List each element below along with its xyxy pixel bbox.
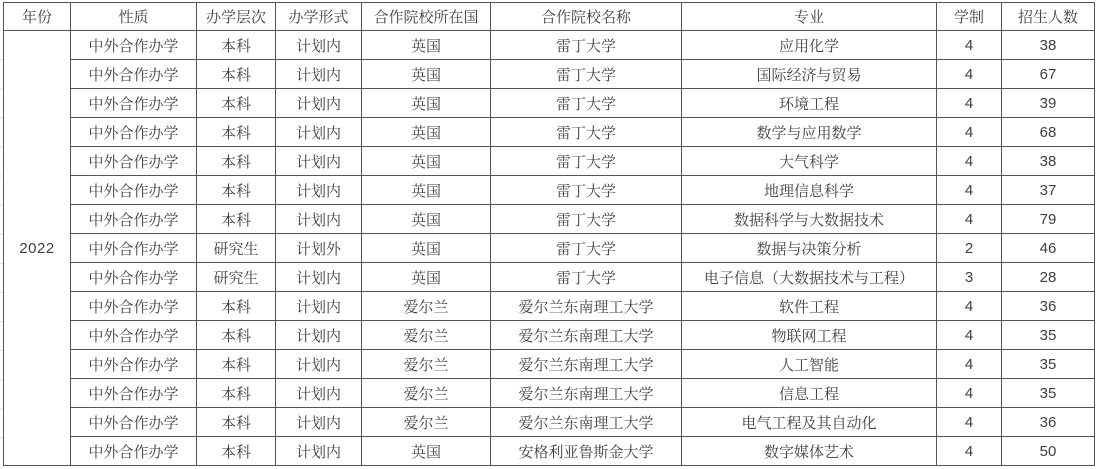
cell-major: 国际经济与贸易 [682, 60, 937, 89]
cell-major: 数据与决策分析 [682, 234, 937, 263]
cell-country: 英国 [362, 31, 491, 60]
cell-enrollment: 39 [1002, 89, 1095, 118]
column-header: 合作院校所在国 [362, 3, 491, 31]
column-header: 专业 [682, 3, 937, 31]
cell-level: 研究生 [197, 234, 276, 263]
column-header: 性质 [71, 3, 197, 31]
cell-nature: 中外合作办学 [71, 292, 197, 321]
table-row: 中外合作办学 本科 计划内 爱尔兰 爱尔兰东南理工大学 物联网工程 4 35 [4, 321, 1095, 350]
cell-major: 人工智能 [682, 350, 937, 379]
cell-level: 本科 [197, 118, 276, 147]
cell-nature: 中外合作办学 [71, 408, 197, 437]
cell-duration: 4 [937, 437, 1002, 466]
cell-institution: 雷丁大学 [491, 147, 682, 176]
cell-level: 本科 [197, 147, 276, 176]
table-row: 中外合作办学 本科 计划内 英国 雷丁大学 大气科学 4 38 [4, 147, 1095, 176]
cell-form: 计划内 [276, 118, 362, 147]
cell-duration: 4 [937, 147, 1002, 176]
cell-duration: 2 [937, 234, 1002, 263]
table-row: 中外合作办学 本科 计划内 英国 雷丁大学 国际经济与贸易 4 67 [4, 60, 1095, 89]
table-header: 年份性质办学层次办学形式合作院校所在国合作院校名称专业学制招生人数 [4, 3, 1095, 31]
table-row: 中外合作办学 本科 计划内 爱尔兰 爱尔兰东南理工大学 电气工程及其自动化 4 … [4, 408, 1095, 437]
enrollment-table: 年份性质办学层次办学形式合作院校所在国合作院校名称专业学制招生人数 2022中外… [3, 2, 1095, 466]
cell-duration: 4 [937, 176, 1002, 205]
cell-enrollment: 36 [1002, 408, 1095, 437]
cell-duration: 4 [937, 89, 1002, 118]
cell-duration: 4 [937, 408, 1002, 437]
cell-major: 环境工程 [682, 89, 937, 118]
cell-level: 本科 [197, 379, 276, 408]
cell-major: 数学与应用数学 [682, 118, 937, 147]
cell-country: 爱尔兰 [362, 292, 491, 321]
column-header: 办学层次 [197, 3, 276, 31]
cell-level: 本科 [197, 176, 276, 205]
table-row: 中外合作办学 本科 计划内 英国 雷丁大学 数学与应用数学 4 68 [4, 118, 1095, 147]
cell-country: 英国 [362, 89, 491, 118]
cell-enrollment: 50 [1002, 437, 1095, 466]
cell-major: 地理信息科学 [682, 176, 937, 205]
cell-form: 计划内 [276, 205, 362, 234]
cell-major: 电子信息（大数据技术与工程） [682, 263, 937, 292]
cell-institution: 雷丁大学 [491, 31, 682, 60]
cell-enrollment: 35 [1002, 321, 1095, 350]
cell-duration: 4 [937, 292, 1002, 321]
cell-enrollment: 38 [1002, 147, 1095, 176]
cell-institution: 爱尔兰东南理工大学 [491, 408, 682, 437]
cell-major: 电气工程及其自动化 [682, 408, 937, 437]
cell-form: 计划内 [276, 263, 362, 292]
column-header: 办学形式 [276, 3, 362, 31]
table-row: 中外合作办学 本科 计划内 爱尔兰 爱尔兰东南理工大学 信息工程 4 35 [4, 379, 1095, 408]
cell-country: 英国 [362, 118, 491, 147]
cell-enrollment: 67 [1002, 60, 1095, 89]
cell-country: 爱尔兰 [362, 408, 491, 437]
cell-level: 研究生 [197, 263, 276, 292]
cell-duration: 3 [937, 263, 1002, 292]
cell-major: 软件工程 [682, 292, 937, 321]
cell-level: 本科 [197, 408, 276, 437]
cell-level: 本科 [197, 31, 276, 60]
cell-country: 英国 [362, 205, 491, 234]
cell-nature: 中外合作办学 [71, 321, 197, 350]
cell-form: 计划内 [276, 408, 362, 437]
cell-major: 数据科学与大数据技术 [682, 205, 937, 234]
cell-nature: 中外合作办学 [71, 60, 197, 89]
cell-enrollment: 38 [1002, 31, 1095, 60]
cell-form: 计划外 [276, 234, 362, 263]
cell-institution: 雷丁大学 [491, 263, 682, 292]
cell-level: 本科 [197, 350, 276, 379]
cell-enrollment: 28 [1002, 263, 1095, 292]
column-header: 学制 [937, 3, 1002, 31]
cell-level: 本科 [197, 89, 276, 118]
cell-enrollment: 68 [1002, 118, 1095, 147]
cell-level: 本科 [197, 292, 276, 321]
cell-nature: 中外合作办学 [71, 31, 197, 60]
cell-form: 计划内 [276, 147, 362, 176]
cell-level: 本科 [197, 437, 276, 466]
cell-nature: 中外合作办学 [71, 437, 197, 466]
column-header: 招生人数 [1002, 3, 1095, 31]
cell-duration: 4 [937, 118, 1002, 147]
cell-duration: 4 [937, 205, 1002, 234]
cell-country: 英国 [362, 147, 491, 176]
spreadsheet-gridline-stubs [0, 2, 3, 468]
cell-form: 计划内 [276, 31, 362, 60]
cell-enrollment: 36 [1002, 292, 1095, 321]
cell-duration: 4 [937, 60, 1002, 89]
cell-enrollment: 35 [1002, 379, 1095, 408]
cell-nature: 中外合作办学 [71, 147, 197, 176]
cell-duration: 4 [937, 350, 1002, 379]
year-cell: 2022 [4, 31, 71, 466]
cell-institution: 安格利亚鲁斯金大学 [491, 437, 682, 466]
cell-country: 英国 [362, 234, 491, 263]
cell-nature: 中外合作办学 [71, 234, 197, 263]
cell-nature: 中外合作办学 [71, 350, 197, 379]
cell-institution: 雷丁大学 [491, 205, 682, 234]
table-row: 中外合作办学 研究生 计划内 英国 雷丁大学 电子信息（大数据技术与工程） 3 … [4, 263, 1095, 292]
table-row: 中外合作办学 本科 计划内 英国 安格利亚鲁斯金大学 数字媒体艺术 4 50 [4, 437, 1095, 466]
table-row: 中外合作办学 本科 计划内 爱尔兰 爱尔兰东南理工大学 软件工程 4 36 [4, 292, 1095, 321]
cell-form: 计划内 [276, 60, 362, 89]
cell-institution: 雷丁大学 [491, 60, 682, 89]
cell-enrollment: 35 [1002, 350, 1095, 379]
cell-institution: 爱尔兰东南理工大学 [491, 321, 682, 350]
cell-country: 爱尔兰 [362, 350, 491, 379]
table-row: 中外合作办学 研究生 计划外 英国 雷丁大学 数据与决策分析 2 46 [4, 234, 1095, 263]
cell-duration: 4 [937, 379, 1002, 408]
cell-major: 大气科学 [682, 147, 937, 176]
table-row: 中外合作办学 本科 计划内 英国 雷丁大学 环境工程 4 39 [4, 89, 1095, 118]
column-header: 合作院校名称 [491, 3, 682, 31]
cell-nature: 中外合作办学 [71, 118, 197, 147]
cell-country: 英国 [362, 263, 491, 292]
cell-major: 应用化学 [682, 31, 937, 60]
cell-duration: 4 [937, 31, 1002, 60]
cell-form: 计划内 [276, 437, 362, 466]
cell-form: 计划内 [276, 321, 362, 350]
table-body: 2022中外合作办学 本科 计划内 英国 雷丁大学 应用化学 4 38 中外合作… [4, 31, 1095, 466]
cell-level: 本科 [197, 321, 276, 350]
cell-enrollment: 37 [1002, 176, 1095, 205]
cell-major: 物联网工程 [682, 321, 937, 350]
cell-country: 英国 [362, 437, 491, 466]
cell-level: 本科 [197, 60, 276, 89]
cell-institution: 雷丁大学 [491, 118, 682, 147]
cell-institution: 爱尔兰东南理工大学 [491, 379, 682, 408]
cell-form: 计划内 [276, 350, 362, 379]
cell-form: 计划内 [276, 292, 362, 321]
table-row: 中外合作办学 本科 计划内 英国 雷丁大学 数据科学与大数据技术 4 79 [4, 205, 1095, 234]
cell-institution: 雷丁大学 [491, 234, 682, 263]
cell-major: 数字媒体艺术 [682, 437, 937, 466]
cell-country: 英国 [362, 60, 491, 89]
cell-enrollment: 79 [1002, 205, 1095, 234]
cell-major: 信息工程 [682, 379, 937, 408]
table-row: 中外合作办学 本科 计划内 爱尔兰 爱尔兰东南理工大学 人工智能 4 35 [4, 350, 1095, 379]
cell-nature: 中外合作办学 [71, 205, 197, 234]
column-header: 年份 [4, 3, 71, 31]
cell-country: 爱尔兰 [362, 379, 491, 408]
cell-duration: 4 [937, 321, 1002, 350]
header-row: 年份性质办学层次办学形式合作院校所在国合作院校名称专业学制招生人数 [4, 3, 1095, 31]
cell-institution: 雷丁大学 [491, 89, 682, 118]
cell-form: 计划内 [276, 89, 362, 118]
cell-enrollment: 46 [1002, 234, 1095, 263]
cell-form: 计划内 [276, 379, 362, 408]
cell-nature: 中外合作办学 [71, 263, 197, 292]
cell-level: 本科 [197, 205, 276, 234]
cell-nature: 中外合作办学 [71, 89, 197, 118]
cell-form: 计划内 [276, 176, 362, 205]
cell-institution: 雷丁大学 [491, 176, 682, 205]
cell-institution: 爱尔兰东南理工大学 [491, 292, 682, 321]
cell-nature: 中外合作办学 [71, 379, 197, 408]
cell-country: 爱尔兰 [362, 321, 491, 350]
cell-country: 英国 [362, 176, 491, 205]
cell-nature: 中外合作办学 [71, 176, 197, 205]
table-row: 中外合作办学 本科 计划内 英国 雷丁大学 地理信息科学 4 37 [4, 176, 1095, 205]
table-row: 2022中外合作办学 本科 计划内 英国 雷丁大学 应用化学 4 38 [4, 31, 1095, 60]
cell-institution: 爱尔兰东南理工大学 [491, 350, 682, 379]
